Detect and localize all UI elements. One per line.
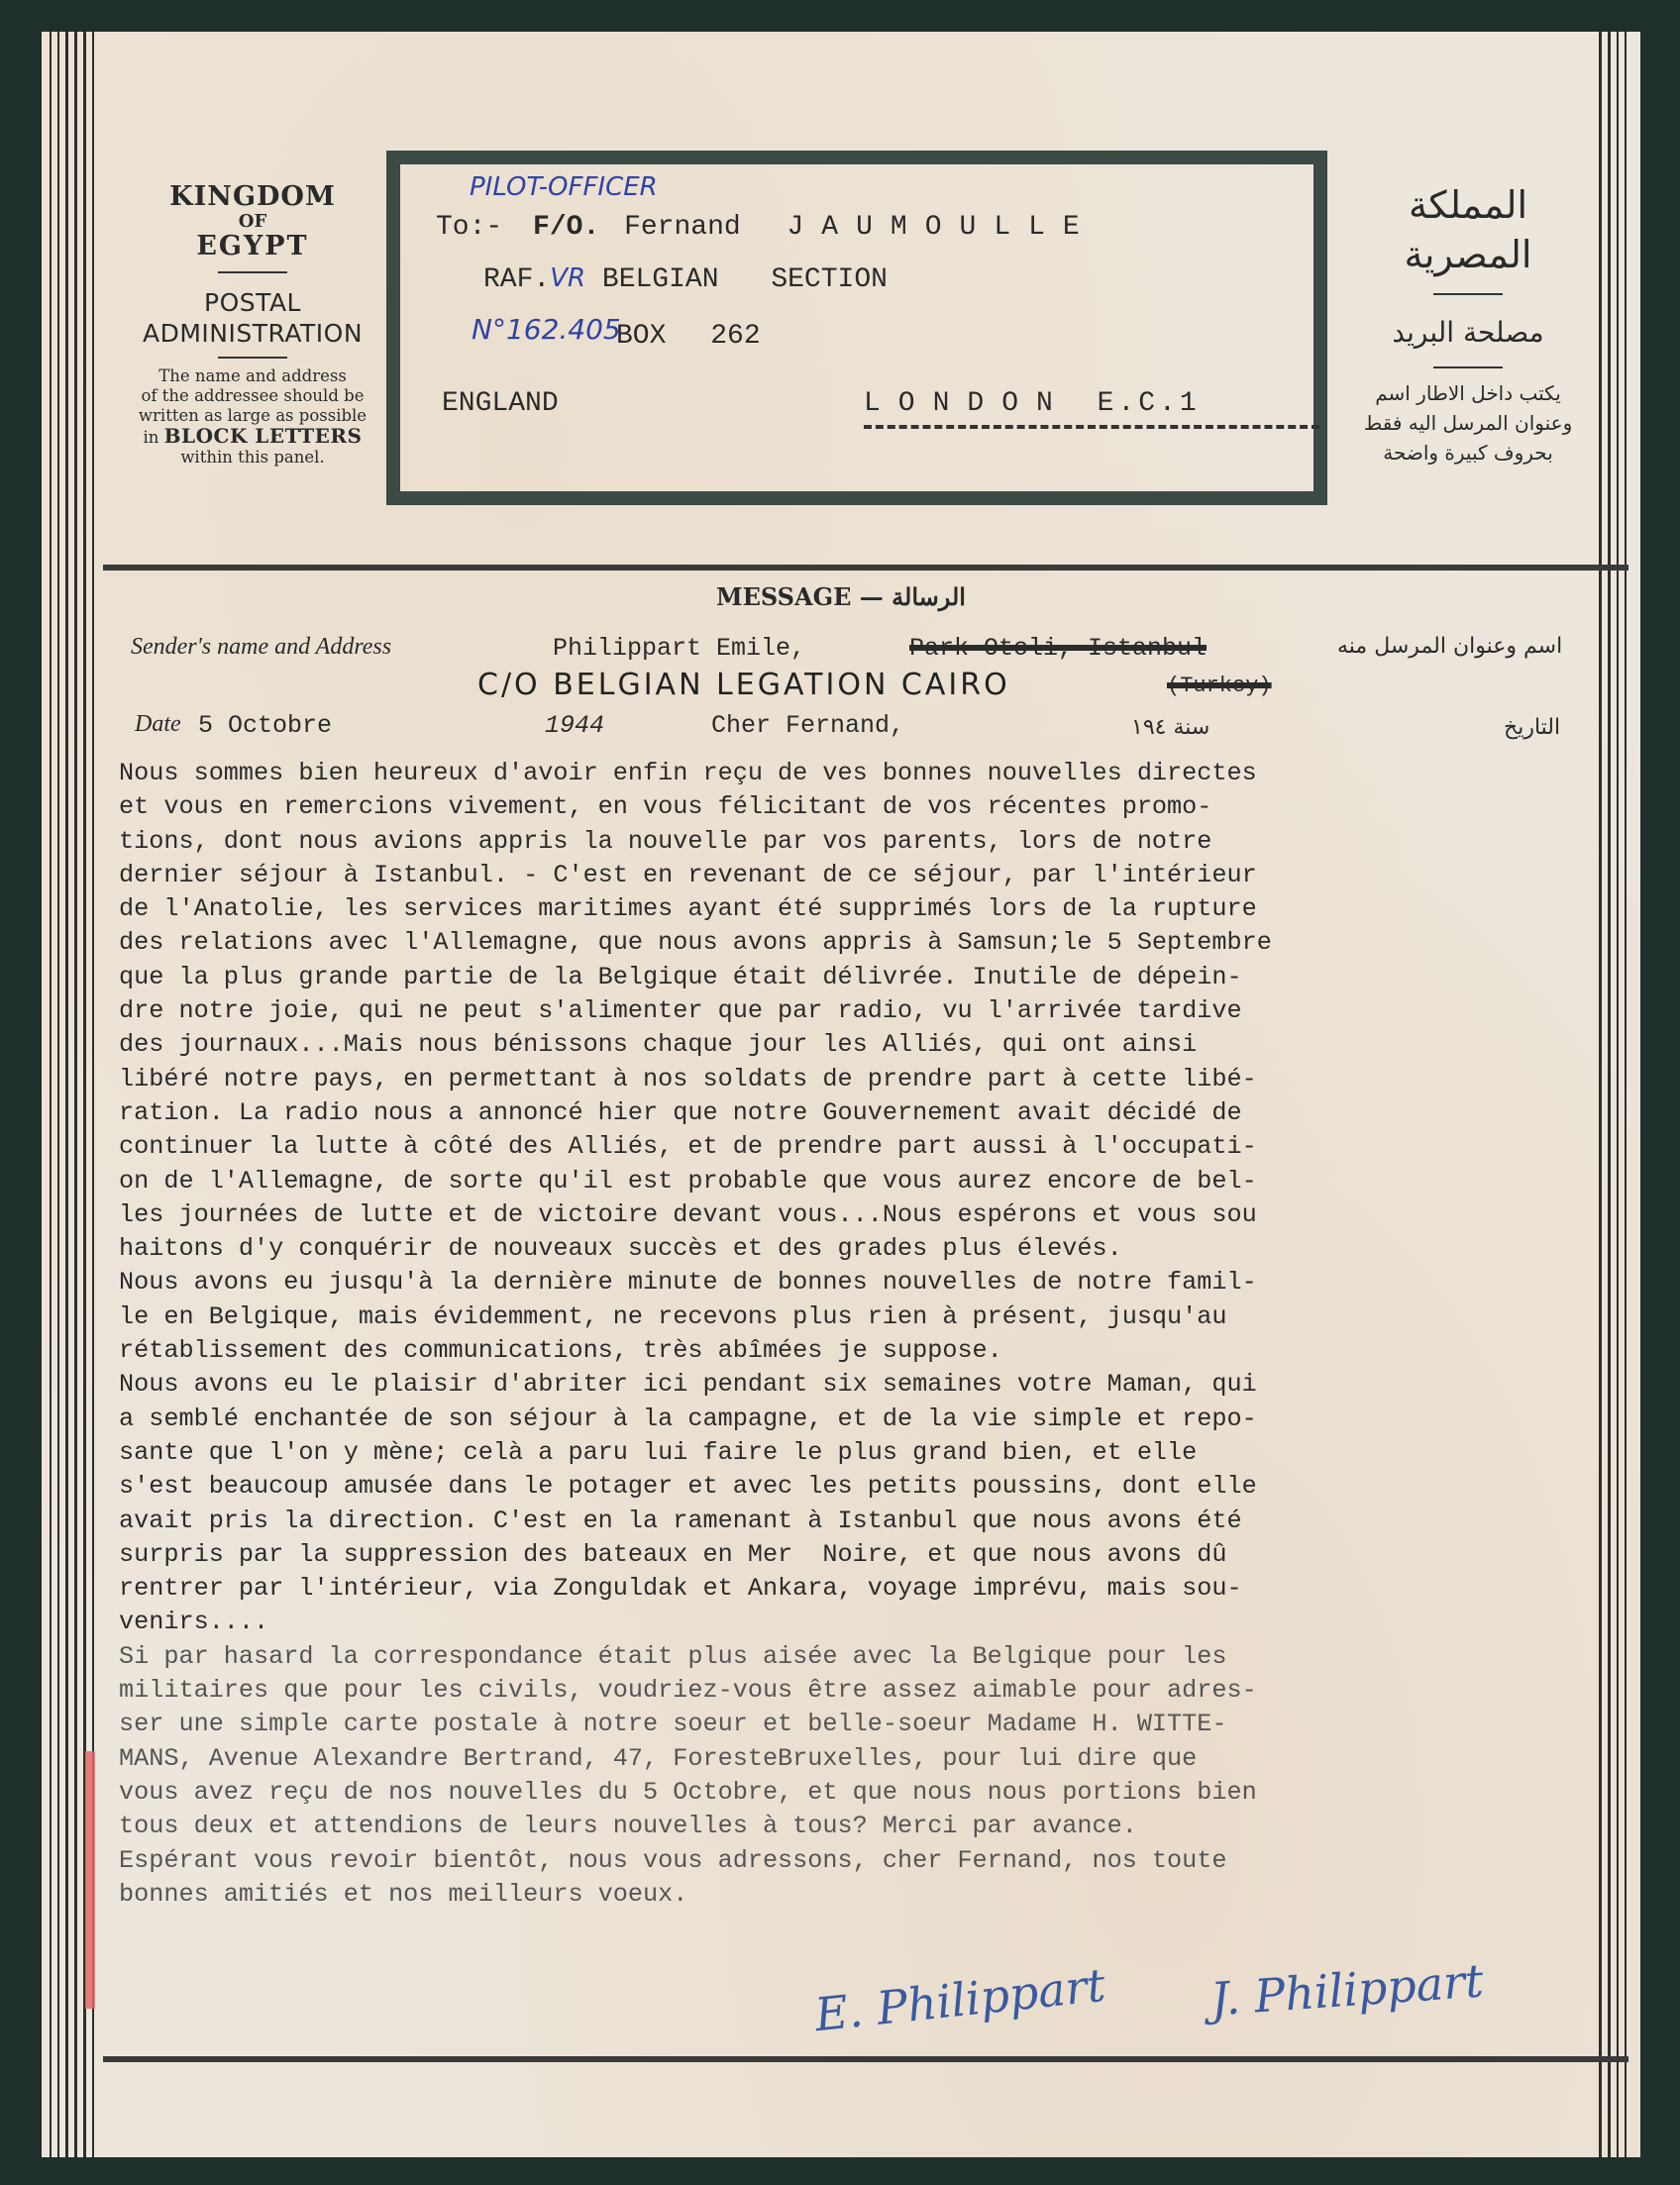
message-line: vous avez reçu de nos nouvelles du 5 Oct…	[119, 1776, 1664, 1810]
recipient-surname: JAUMOULLE	[787, 212, 1098, 243]
message-line: les journées de lutte et de victoire dev…	[119, 1198, 1664, 1232]
message-line: ser une simple carte postale à notre soe…	[119, 1708, 1664, 1741]
message-line: de l'Anatolie, les services maritimes ay…	[119, 892, 1664, 926]
postal-label: POSTAL	[129, 287, 376, 318]
header-divider	[103, 565, 1628, 571]
message-line: libéré notre pays, en permettant à nos s…	[119, 1063, 1664, 1096]
handwritten-vr: VR	[550, 263, 585, 293]
arabic-postal-admin: مصلحة البريد	[1339, 313, 1597, 353]
signature-1: E. Philippart	[812, 1958, 1107, 2041]
instruction-line: The name and address	[129, 366, 376, 386]
arabic-instructions: يكتب داخل الاطار اسم وعنوان المرسل اليه …	[1339, 378, 1597, 468]
address-instructions: The name and address of the addressee sh…	[129, 366, 376, 468]
divider	[1433, 366, 1503, 368]
sender-handwritten-address: C/O BELGIAN LEGATION CAIRO	[477, 668, 1010, 702]
signature-2: J. Philippart	[1208, 1953, 1485, 2026]
unit-prefix: RAF.	[483, 264, 550, 295]
message-line: venirs....	[119, 1606, 1664, 1639]
rank-abbr: F/O.	[533, 212, 599, 243]
box-line: BOX 262	[616, 321, 761, 352]
message-line: dre notre joie, qui ne peut s'alimenter …	[119, 994, 1664, 1028]
unit-line: RAF.VR BELGIAN SECTION	[483, 263, 888, 295]
kingdom-label: KINGDOM	[129, 182, 376, 212]
date-label: Date	[135, 711, 181, 738]
message-line: avait pris la direction. C'est en la ram…	[119, 1505, 1664, 1538]
handwritten-rank: PILOT-OFFICER	[470, 172, 658, 202]
arabic-kingdom-title: المملكة المصرية	[1339, 180, 1597, 279]
message-line: rentrer par l'intérieur, via Zonguldak e…	[119, 1572, 1664, 1606]
city: LONDON	[864, 388, 1071, 419]
instruction-line: in BLOCK LETTERS	[129, 426, 376, 448]
message-line: surpris par la suppression des bateaux e…	[119, 1538, 1664, 1572]
sender-label-arabic: اسم وعنوان المرسل منه	[1337, 634, 1562, 659]
arabic-header-panel: المملكة المصرية مصلحة البريد يكتب داخل ا…	[1339, 180, 1597, 468]
recipient-first-name: Fernand	[624, 212, 741, 243]
box-number: 262	[710, 321, 760, 352]
message-body: Nous sommes bien heureux d'avoir enfin r…	[119, 757, 1664, 1912]
arabic-instruction-line: بحروف كبيرة واضحة	[1339, 438, 1597, 468]
year-value: 1944	[545, 711, 604, 740]
message-line: rétablissement des communications, très …	[119, 1334, 1664, 1368]
message-line: ration. La radio nous a annoncé hier que…	[119, 1096, 1664, 1130]
message-line: et vous en remercions vivement, en vous …	[119, 790, 1664, 824]
message-line: bonnes amitiés et nos meilleurs voeux.	[119, 1878, 1664, 1912]
message-line: Nous sommes bien heureux d'avoir enfin r…	[119, 757, 1664, 790]
year-arabic: سنة ١٩٤	[1131, 715, 1209, 740]
message-line: a semblé enchantée de son séjour à la ca…	[119, 1403, 1664, 1436]
divider	[218, 271, 287, 273]
salutation: Cher Fernand,	[711, 711, 904, 740]
message-line: Espérant vous revoir bientôt, nous vous …	[119, 1844, 1664, 1878]
message-line: sante que l'on y mène; celà a paru lui f…	[119, 1436, 1664, 1470]
instruction-line: written as large as possible	[129, 406, 376, 426]
sender-label: Sender's name and Address	[131, 634, 391, 661]
message-line: Nous avons eu le plaisir d'abriter ici p…	[119, 1368, 1664, 1402]
country: ENGLAND	[442, 388, 559, 419]
message-line: tous deux et attendions de leurs nouvell…	[119, 1810, 1664, 1843]
message-line: MANS, Avenue Alexandre Bertrand, 47, For…	[119, 1742, 1664, 1776]
administration-label: ADMINISTRATION	[129, 318, 376, 349]
address-panel: PILOT-OFFICER To:- F/O. Fernand JAUMOULL…	[386, 151, 1327, 505]
message-line: dernier séjour à Istanbul. - C'est en re…	[119, 859, 1664, 892]
section-label: SECTION	[771, 264, 888, 295]
message-line: continuer la lutte à côté des Alliés, et…	[119, 1130, 1664, 1164]
kingdom-of-egypt-panel: KINGDOM OF EGYPT POSTAL ADMINISTRATION T…	[129, 182, 376, 468]
postal-district: E.C.1	[1098, 388, 1201, 419]
arabic-instruction-line: وعنوان المرسل اليه فقط	[1339, 408, 1597, 438]
message-line: haitons d'y conquérir de nouveaux succès…	[119, 1232, 1664, 1266]
message-line: des journaux...Mais nous bénissons chaqu…	[119, 1028, 1664, 1062]
recipient-line: To:- F/O. Fernand JAUMOULLE	[436, 212, 1098, 243]
unit-name: BELGIAN	[602, 264, 719, 295]
egypt-label: EGYPT	[129, 232, 376, 261]
message-heading: MESSAGE — الرسالة	[42, 582, 1640, 611]
date-value: 5 Octobre	[198, 711, 332, 740]
block-letters-label: BLOCK LETTERS	[164, 424, 363, 448]
instruction-prefix: in	[144, 428, 164, 447]
to-label: To:-	[436, 212, 502, 243]
instruction-line: within this panel.	[129, 448, 376, 468]
divider	[218, 357, 287, 359]
arabic-instruction-line: يكتب داخل الاطار اسم	[1339, 378, 1597, 408]
message-line: on de l'Allemagne, de sorte qu'il est pr…	[119, 1165, 1664, 1198]
sender-name: Philippart Emile,	[553, 634, 805, 663]
message-line: des relations avec l'Allemagne, que nous…	[119, 926, 1664, 960]
sender-old-address-struck: Park Otoli, Istanbul	[909, 634, 1207, 663]
message-line: Nous avons eu jusqu'à la dernière minute…	[119, 1266, 1664, 1300]
box-label: BOX	[616, 321, 666, 352]
footer-divider	[103, 2056, 1628, 2062]
instruction-line: of the addressee should be	[129, 386, 376, 406]
message-line: que la plus grande partie de la Belgique…	[119, 961, 1664, 994]
message-line: le en Belgique, mais évidemment, ne rece…	[119, 1301, 1664, 1334]
divider	[1433, 293, 1503, 295]
message-line: Si par hasard la correspondance était pl…	[119, 1640, 1664, 1674]
sender-country-struck: (Turkey)	[1167, 674, 1272, 698]
red-margin-mark	[85, 1751, 95, 2009]
aerogramme-sheet: KINGDOM OF EGYPT POSTAL ADMINISTRATION T…	[42, 32, 1640, 2157]
date-label-arabic: التاريخ	[1504, 715, 1560, 740]
message-line: militaires que pour les civils, voudriez…	[119, 1674, 1664, 1708]
message-line: s'est beaucoup amusée dans le potager et…	[119, 1470, 1664, 1504]
city-line: LONDON E.C.1	[864, 388, 1319, 429]
handwritten-service-number: N°162.405	[472, 313, 621, 346]
of-label: OF	[129, 212, 376, 232]
message-line: tions, dont nous avions appris la nouvel…	[119, 825, 1664, 859]
